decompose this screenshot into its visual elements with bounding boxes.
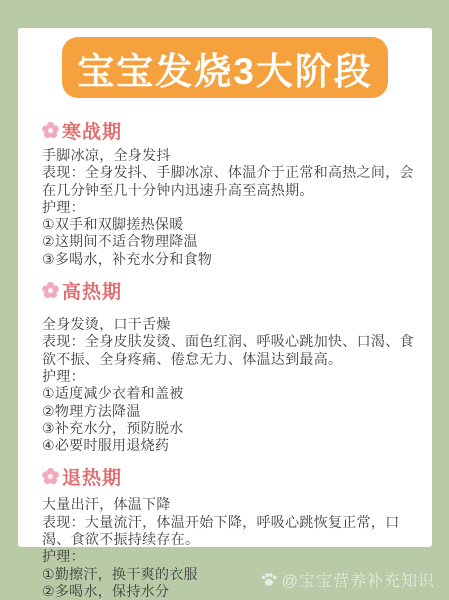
care-item: ④必要时服用退烧药 [42, 437, 420, 454]
section-subtitle: 全身发烫，口干舌燥 [42, 316, 420, 333]
section-chill-stage: 寒战期 手脚冰凉，全身发抖 表现：全身发抖、手脚冰凉、体温介于正常和高热之间，会… [42, 117, 420, 268]
watermark-text: @宝宝营养补充知识 [282, 568, 435, 591]
care-label: 护理： [42, 548, 420, 565]
page-title: 宝宝发烧3大阶段 [77, 41, 373, 95]
section-description: 表现：全身发抖、手脚冰凉、体温介于正常和高热之间，会在几分钟至几十分钟内迅速升高… [42, 164, 420, 199]
infographic-canvas: 宝宝发烧3大阶段 寒战期 [0, 0, 449, 600]
section-title: 高热期 [62, 277, 122, 304]
section-description: 表现：全身皮肤发烫、面色红润、呼吸心跳加快、口渴、食欲不振、全身疼痛、倦怠无力、… [42, 333, 420, 368]
care-item: ②这期间不适合物理降温 [42, 233, 420, 250]
section-header: 高热期 [42, 277, 420, 304]
care-label: 护理： [42, 368, 420, 385]
care-label: 护理： [42, 199, 420, 216]
section-header: 退热期 [42, 463, 420, 490]
paw-icon [260, 572, 278, 587]
section-high-fever-stage: 高热期 全身发烫，口干舌燥 表现：全身皮肤发烫、面色红润、呼吸心跳加快、口渴、食… [42, 277, 420, 454]
section-title: 退热期 [62, 463, 122, 490]
sakura-flower-icon [42, 468, 59, 485]
sakura-flower-icon [42, 122, 59, 139]
section-description: 表现：大量流汗，体温开始下降，呼吸心跳恢复正常，口渴、食欲不振持续存在。 [42, 514, 420, 549]
care-item: ①双手和双脚搓热保暖 [42, 216, 420, 233]
section-title: 寒战期 [62, 117, 122, 144]
section-header: 寒战期 [42, 117, 420, 144]
content-card: 宝宝发烧3大阶段 寒战期 [18, 28, 432, 547]
care-item: ①适度减少衣着和盖被 [42, 385, 420, 402]
care-item: ②物理方法降温 [42, 403, 420, 420]
section-subtitle: 大量出汗，体温下降 [42, 496, 420, 513]
care-item: ③补充水分，预防脱水 [42, 420, 420, 437]
section-subtitle: 手脚冰凉，全身发抖 [42, 147, 420, 164]
watermark: @宝宝营养补充知识 [260, 568, 435, 591]
card-content: 寒战期 手脚冰凉，全身发抖 表现：全身发抖、手脚冰凉、体温介于正常和高热之间，会… [18, 98, 432, 600]
sakura-flower-icon [42, 282, 59, 299]
title-banner: 宝宝发烧3大阶段 [62, 37, 388, 98]
care-item: ③多喝水，补充水分和食物 [42, 251, 420, 268]
